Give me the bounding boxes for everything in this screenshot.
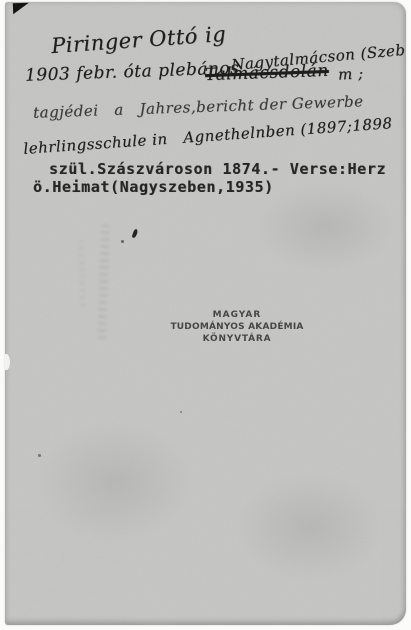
paper-stain: [35, 422, 195, 542]
paper-sheet: Piringer Ottó ig Nagytalmácson (Szebe 19…: [5, 2, 406, 625]
stamp-line-2: TUDOMÁNYOS AKADÉMIA: [167, 321, 307, 333]
handwritten-source-note-1: tagjédei a Jahres,bericht der Gewerbe: [33, 92, 364, 122]
ink-offset-smudge: [78, 240, 86, 310]
typed-work-line: ö.Heimat(Nagyszeben,1935): [33, 178, 274, 196]
handwritten-struck-word: Talmácsdolán: [205, 61, 329, 85]
stray-ink-mark: [132, 229, 139, 239]
ink-speck: [38, 454, 41, 457]
paper-edge-notch: [5, 354, 10, 370]
ink-speck: [121, 240, 124, 243]
ink-speck: [180, 411, 182, 413]
typed-birth-line: szül.Szászvároson 1874.- Verse:Herz: [49, 160, 386, 178]
stamp-line-1: MAGYAR: [167, 310, 307, 321]
paper-stain: [235, 472, 385, 582]
handwritten-county-abbrev: m ;: [338, 64, 364, 83]
ink-offset-smudge: [97, 224, 110, 342]
library-stamp: MAGYAR TUDOMÁNYOS AKADÉMIA KÖNYVTÁRA: [167, 310, 307, 345]
stamp-line-3: KÖNYVTÁRA: [167, 333, 307, 345]
handwritten-source-note-2: lehrlingsschule in Agnethelnben (1897;18…: [23, 114, 393, 158]
corner-fold-mark: [13, 3, 29, 15]
scanned-page: Piringer Ottó ig Nagytalmácson (Szebe 19…: [0, 0, 411, 630]
handwritten-name: Piringer Ottó ig: [50, 22, 227, 58]
paper-stain: [255, 182, 395, 272]
